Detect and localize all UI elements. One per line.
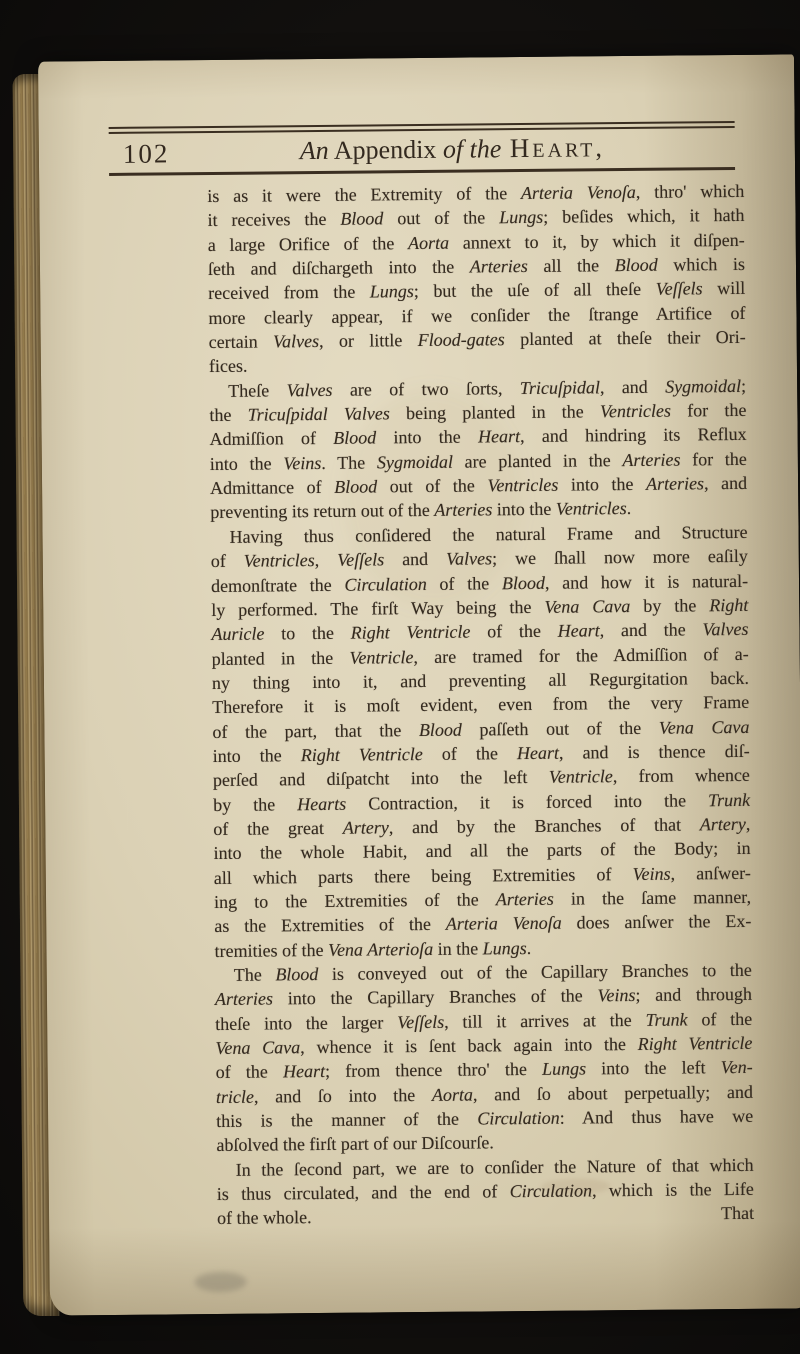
title-word-of-the: of the [443,134,502,164]
page-stain [195,1272,247,1292]
text-line: of the whole.That [217,1201,754,1230]
page-title: An Appendix of the HEART, [109,131,735,168]
line-text: of the whole. [217,1206,312,1231]
body-text: is as it were the Extremity of the Arter… [207,179,754,1231]
text-line: as the Extremities of the Arteria Venoſa… [214,909,751,938]
scan-background: 102 An Appendix of the HEART, is as it w… [0,0,800,1354]
book-page: 102 An Appendix of the HEART, is as it w… [38,54,800,1315]
title-comma: , [595,133,602,162]
title-word-heart-rest: EART [532,139,595,162]
catchword: That [721,1201,754,1226]
title-word-an: An [300,136,329,165]
title-word-heart-initial: H [510,133,533,163]
title-word-appendix: Appendix [334,135,437,165]
running-header: 102 An Appendix of the HEART, [109,131,735,171]
